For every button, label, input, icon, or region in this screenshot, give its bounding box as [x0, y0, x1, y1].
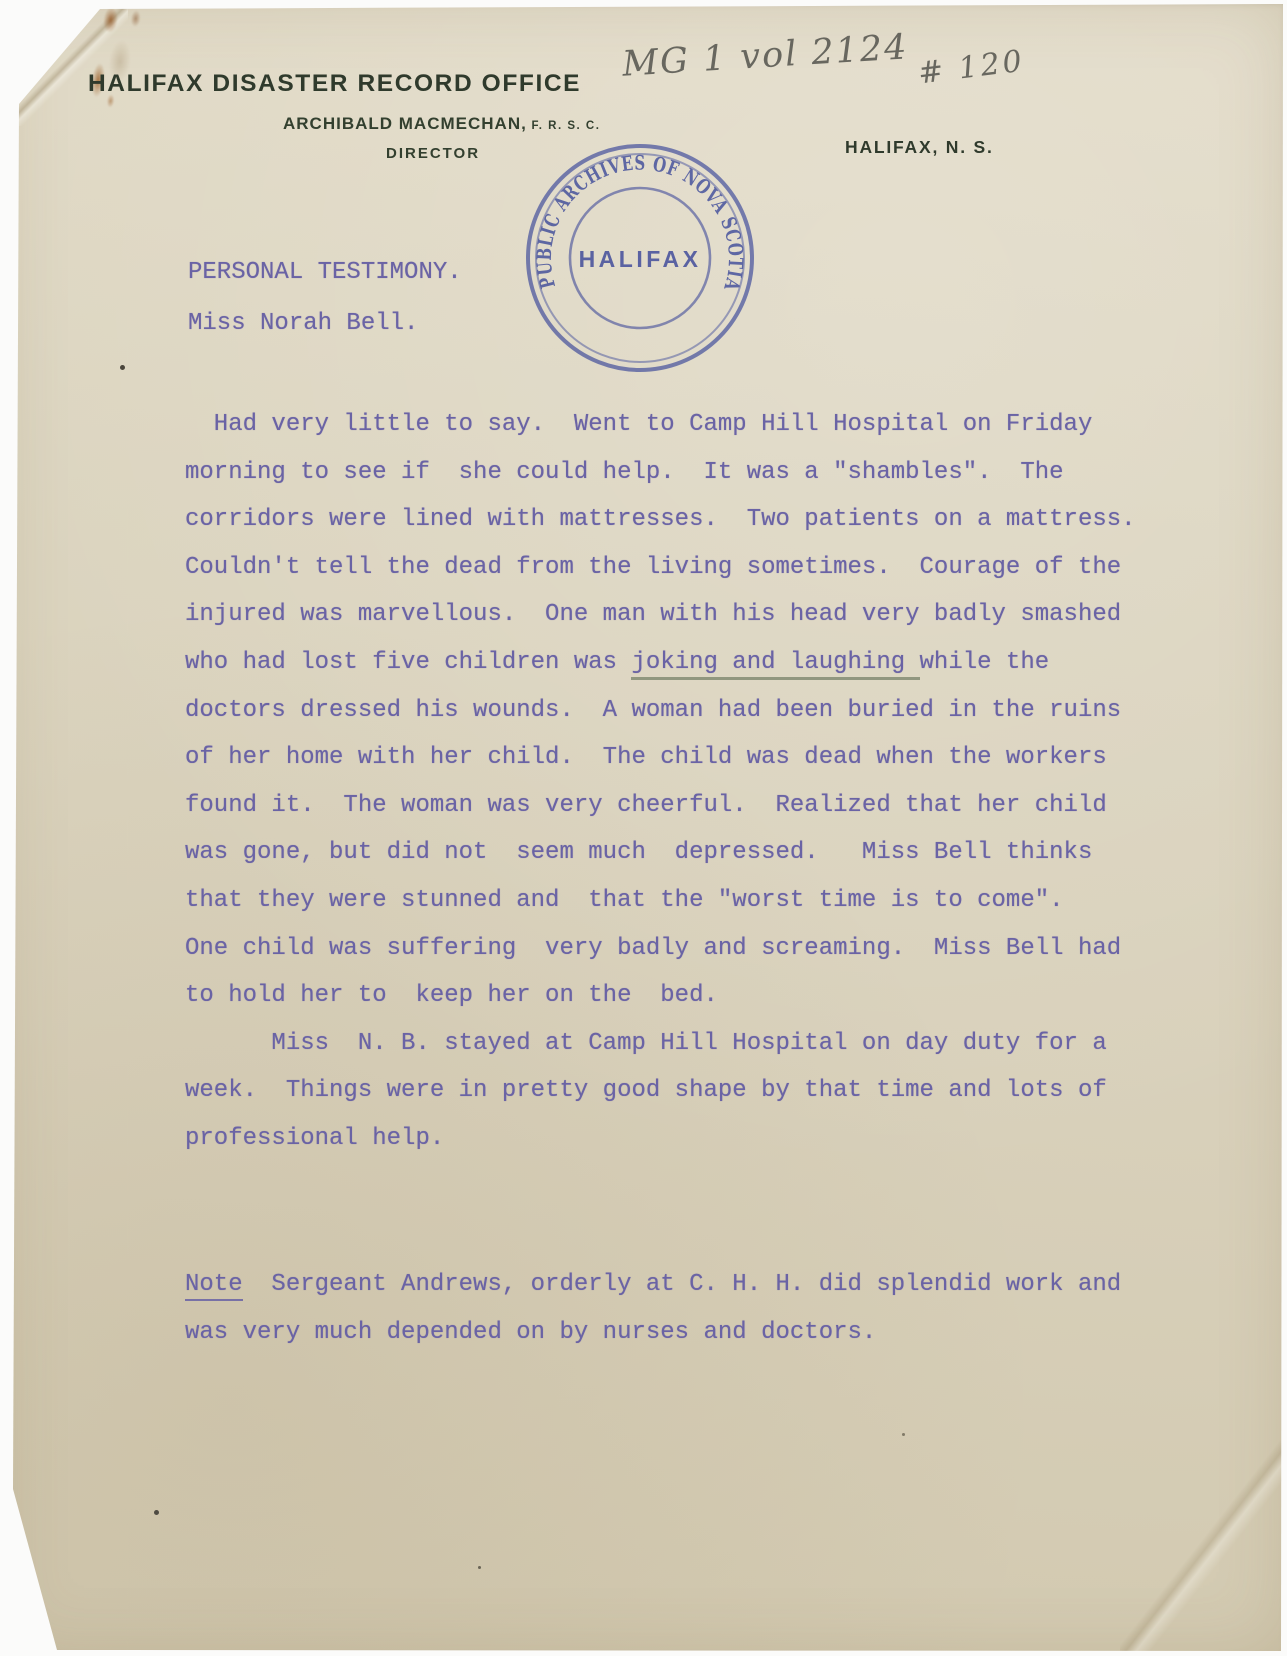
typed-line: that they were stunned and that the "wor… — [185, 877, 1136, 925]
document-page: HALIFAX DISASTER RECORD OFFICE ARCHIBALD… — [0, 0, 1287, 1656]
typed-line: Had very little to say. Went to Camp Hil… — [185, 401, 1136, 449]
paper-speck — [120, 365, 125, 370]
line-post-text: while the — [920, 649, 1050, 676]
letterhead-director-name: ARCHIBALD MACMECHAN, F. R. S. C. — [283, 114, 600, 134]
archival-item-number-annotation: # 120 — [916, 44, 1026, 92]
note-label: Note — [185, 1271, 243, 1301]
typed-line-with-pencil-underline: who had lost five children was joking an… — [185, 639, 1136, 687]
document-title: PERSONAL TESTIMONY. — [188, 247, 462, 298]
stamp-center-text: HALIFAX — [579, 246, 702, 272]
archives-stamp: PUBLIC ARCHIVES OF NOVA SCOTIA HALIFAX — [518, 136, 762, 380]
svg-text:PUBLIC ARCHIVES OF NOVA SCOTIA: PUBLIC ARCHIVES OF NOVA SCOTIA — [532, 151, 748, 295]
letterhead-director-title: DIRECTOR — [386, 145, 480, 162]
pencil-underlined-phrase: joking and laughing — [631, 649, 919, 680]
document-subject: Miss Norah Bell. — [188, 298, 462, 349]
typed-line: injured was marvellous. One man with his… — [185, 591, 1136, 639]
testimony-body: Had very little to say. Went to Camp Hil… — [185, 401, 1136, 1163]
rust-stain — [80, 3, 154, 116]
typed-line: One child was suffering very badly and s… — [185, 925, 1136, 973]
note-line: was very much depended on by nurses and … — [185, 1309, 1121, 1357]
typed-line: of her home with her child. The child wa… — [185, 734, 1136, 782]
document-heading: PERSONAL TESTIMONY. Miss Norah Bell. — [188, 247, 462, 349]
typed-line: doctors dressed his wounds. A woman had … — [185, 687, 1136, 735]
note-line-text: Sergeant Andrews, orderly at C. H. H. di… — [243, 1271, 1122, 1298]
paper-speck — [902, 1433, 905, 1436]
typed-line: morning to see if she could help. It was… — [185, 449, 1136, 497]
paper-speck — [12, 788, 16, 793]
typed-line: professional help. — [185, 1115, 1136, 1163]
typed-line: to hold her to keep her on the bed. — [185, 972, 1136, 1020]
archival-catalog-annotation: MG 1 vol 2124 — [621, 27, 909, 84]
typed-line: was gone, but did not seem much depresse… — [185, 829, 1136, 877]
typed-line: Couldn't tell the dead from the living s… — [185, 544, 1136, 592]
typed-line: Miss N. B. stayed at Camp Hill Hospital … — [185, 1020, 1136, 1068]
note-line: Note Sergeant Andrews, orderly at C. H. … — [185, 1261, 1121, 1309]
director-name-text: ARCHIBALD MACMECHAN, — [283, 114, 527, 133]
paper-speck — [478, 1566, 481, 1569]
typed-line: found it. The woman was very cheerful. R… — [185, 782, 1136, 830]
letterhead-office-name: HALIFAX DISASTER RECORD OFFICE — [88, 70, 581, 98]
typed-line: corridors were lined with mattresses. Tw… — [185, 496, 1136, 544]
director-honorific-text: F. R. S. C. — [527, 120, 601, 132]
note-block: Note Sergeant Andrews, orderly at C. H. … — [185, 1261, 1121, 1356]
letterhead-place: HALIFAX, N. S. — [845, 137, 994, 158]
corner-crease-bottom-right — [1120, 1430, 1287, 1656]
typed-line: week. Things were in pretty good shape b… — [185, 1067, 1136, 1115]
scan-background: HALIFAX DISASTER RECORD OFFICE ARCHIBALD… — [0, 0, 1287, 1656]
line-pre-text: who had lost five children was — [185, 649, 631, 676]
paper-speck — [154, 1510, 159, 1515]
stamp-ring-text: PUBLIC ARCHIVES OF NOVA SCOTIA — [532, 151, 748, 295]
